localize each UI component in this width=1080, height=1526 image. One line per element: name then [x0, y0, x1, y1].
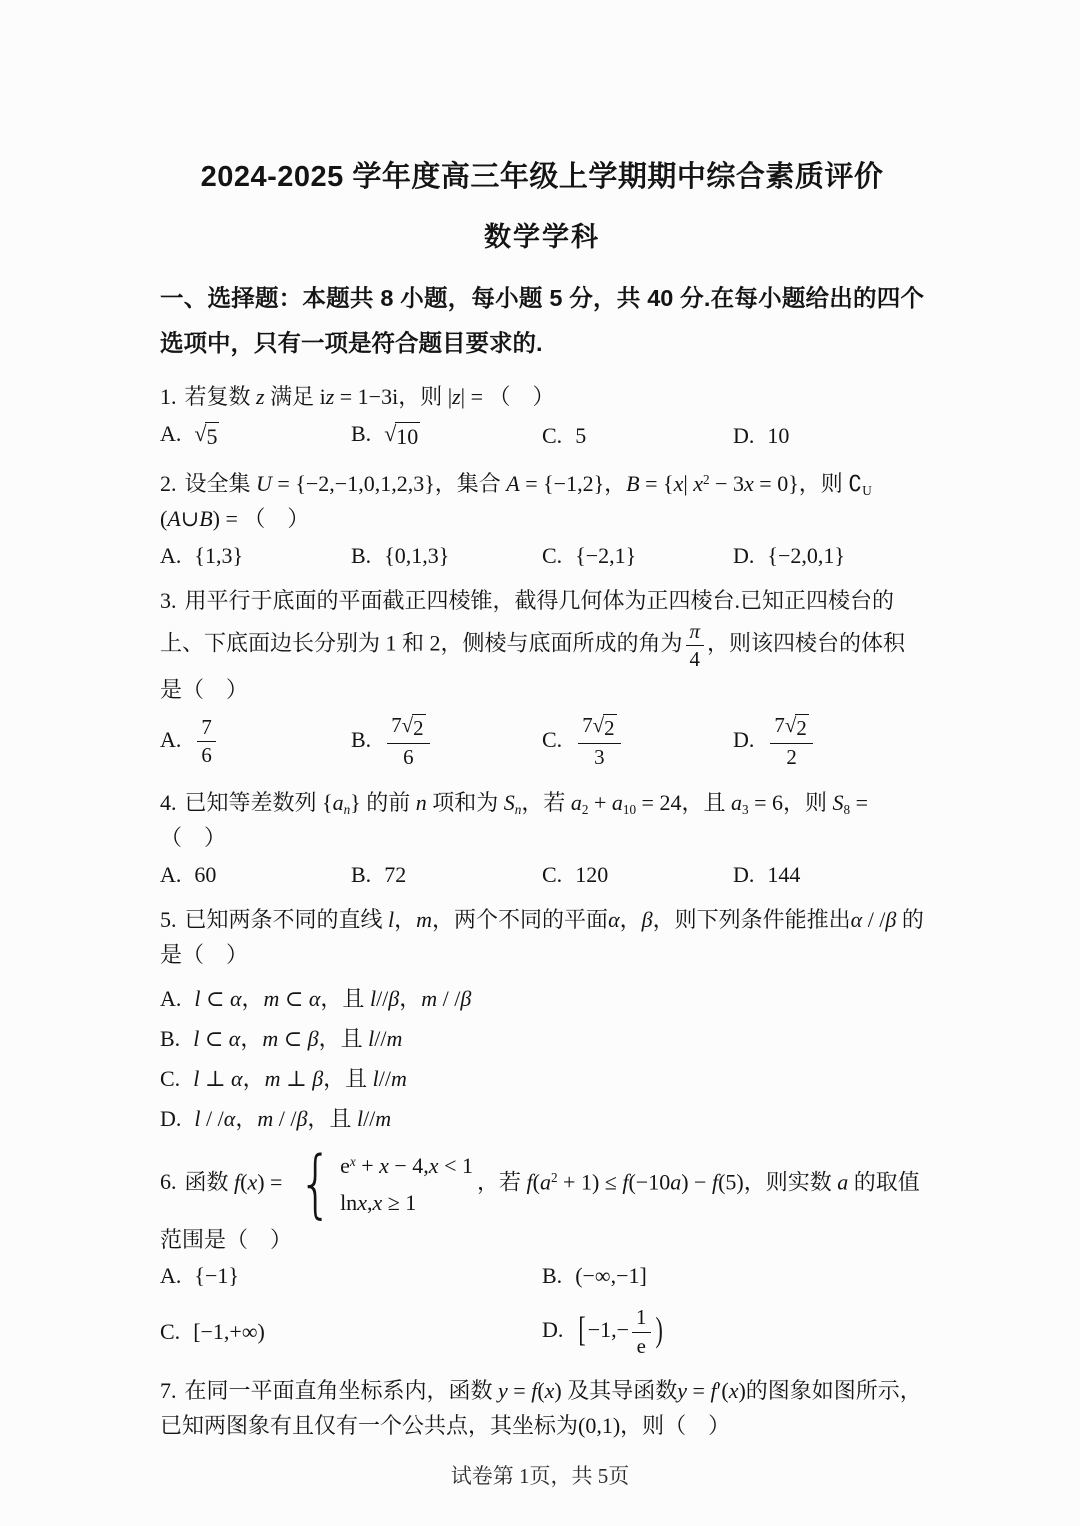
question: 2.设全集 U = {−2,−1,0,1,2,3}，集合 A = {−1,2}，… [160, 466, 924, 569]
questions-container: 1.若复数 z 满足 iz = 1−3i，则 |z| = （ ）A.√5B.√1… [160, 379, 924, 1443]
option-label: C. [542, 543, 562, 568]
options-group: A.√5B.√10C.5D.10 [160, 421, 924, 452]
option-label: D. [733, 543, 754, 568]
question-stem: 3.用平行于底面的平面截正四棱锥，截得几何体为正四棱台.已知正四棱台的上、下底面… [160, 583, 924, 707]
option-value: l / /α，m / /β，且 l//m [194, 1106, 391, 1131]
option-label: A. [160, 1263, 181, 1288]
question-stem: 2.设全集 U = {−2,−1,0,1,2,3}，集合 A = {−1,2}，… [160, 466, 924, 537]
option-a: A.l ⊂ α，m ⊂ α，且 l//β，m / /β [160, 982, 924, 1013]
option-b: B.{0,1,3} [351, 543, 542, 569]
option-value: {0,1,3} [384, 543, 449, 568]
page-footer: 试卷第 1页，共 5页 [0, 1460, 1080, 1490]
option-b: B.7√26 [351, 713, 542, 770]
option-label: B. [351, 543, 371, 568]
option-label: C. [542, 423, 562, 448]
question-stem: 5.已知两条不同的直线 l，m，两个不同的平面α，β，则下列条件能推出α / /… [160, 902, 924, 973]
option-value: [−1,+∞) [193, 1319, 265, 1344]
option-label: B. [160, 1026, 180, 1051]
option-label: A. [160, 862, 181, 887]
options-group: A.{−1}B.(−∞,−1]C.[−1,+∞)D.[−1,−1e) [160, 1263, 924, 1358]
exam-page: 2024-2025 学年度高三年级上学期期中综合素质评价 数学学科 一、选择题：… [0, 0, 1080, 1526]
option-d: D.[−1,−1e) [542, 1305, 924, 1358]
question-stem: 6.函数 f(x) = {ex + x − 4,x < 1lnx,x ≥ 1，若… [160, 1147, 924, 1257]
option-label: D. [733, 423, 754, 448]
option-label: B. [351, 862, 371, 887]
option-c: C.120 [542, 862, 733, 888]
question-number: 6. [160, 1169, 177, 1194]
option-a: A.{1,3} [160, 543, 351, 569]
options-group: A.l ⊂ α，m ⊂ α，且 l//β，m / /βB.l ⊂ α，m ⊂ β… [160, 982, 924, 1133]
option-label: D. [160, 1106, 181, 1131]
options-group: A.60B.72C.120D.144 [160, 862, 924, 888]
option-b: B.√10 [351, 421, 542, 452]
option-value: 76 [194, 727, 218, 752]
option-value: (−∞,−1] [575, 1263, 647, 1288]
option-d: D.l / /α，m / /β，且 l//m [160, 1102, 924, 1133]
question-number: 2. [160, 471, 177, 496]
question-number: 5. [160, 907, 177, 932]
option-value: √10 [384, 421, 420, 446]
question-number: 4. [160, 790, 177, 815]
option-a: A.76 [160, 715, 351, 768]
option-value: 144 [767, 862, 800, 887]
option-d: D.7√22 [733, 713, 924, 770]
question: 1.若复数 z 满足 iz = 1−3i，则 |z| = （ ）A.√5B.√1… [160, 379, 924, 451]
option-c: C.l ⊥ α，m ⊥ β，且 l//m [160, 1062, 924, 1093]
question-number: 3. [160, 588, 177, 613]
question-number: 7. [160, 1378, 177, 1403]
option-label: C. [160, 1319, 180, 1344]
option-d: D.144 [733, 862, 924, 888]
option-value: 120 [575, 862, 608, 887]
options-group: A.{1,3}B.{0,1,3}C.{−2,1}D.{−2,0,1} [160, 543, 924, 569]
option-c: C.{−2,1} [542, 543, 733, 569]
question: 3.用平行于底面的平面截正四棱锥，截得几何体为正四棱台.已知正四棱台的上、下底面… [160, 583, 924, 771]
option-label: D. [733, 727, 754, 752]
option-label: A. [160, 421, 181, 446]
option-value: l ⊂ α，m ⊂ β，且 l//m [193, 1026, 402, 1051]
option-value: [−1,−1e) [576, 1317, 664, 1342]
question-stem: 1.若复数 z 满足 iz = 1−3i，则 |z| = （ ） [160, 379, 924, 415]
section-heading: 一、选择题：本题共 8 小题，每小题 5 分，共 40 分.在每小题给出的四个选… [160, 276, 924, 365]
options-group: A.76B.7√26C.7√23D.7√22 [160, 713, 924, 770]
option-value: 7√23 [575, 727, 623, 752]
option-b: B.(−∞,−1] [542, 1263, 924, 1289]
option-a: A.60 [160, 862, 351, 888]
option-value: {−2,0,1} [767, 543, 845, 568]
option-d: D.{−2,0,1} [733, 543, 924, 569]
question: 4.已知等差数列 {an} 的前 n 项和为 Sn，若 a2 + a10 = 2… [160, 785, 924, 888]
option-label: A. [160, 727, 181, 752]
option-a: A.√5 [160, 421, 351, 452]
option-value: l ⊂ α，m ⊂ α，且 l//β，m / /β [194, 986, 471, 1011]
page-title: 2024-2025 学年度高三年级上学期期中综合素质评价 [160, 158, 924, 197]
exam-content: 2024-2025 学年度高三年级上学期期中综合素质评价 数学学科 一、选择题：… [0, 0, 1080, 1444]
option-value: {−1} [194, 1263, 239, 1288]
question-number: 1. [160, 384, 177, 409]
option-value: 7√22 [767, 727, 815, 752]
option-c: C.[−1,+∞) [160, 1319, 542, 1345]
option-d: D.10 [733, 423, 924, 449]
question: 6.函数 f(x) = {ex + x − 4,x < 1lnx,x ≥ 1，若… [160, 1147, 924, 1359]
option-label: D. [542, 1317, 563, 1342]
option-b: B.72 [351, 862, 542, 888]
question: 5.已知两条不同的直线 l，m，两个不同的平面α，β，则下列条件能推出α / /… [160, 902, 924, 1133]
option-value: 72 [384, 862, 406, 887]
option-value: {1,3} [194, 543, 243, 568]
question: 7.在同一平面直角坐标系内，函数 y = f(x) 及其导函数y = f′(x)… [160, 1373, 924, 1444]
option-label: B. [351, 421, 371, 446]
option-value: 60 [194, 862, 216, 887]
option-label: C. [542, 727, 562, 752]
option-label: C. [160, 1066, 180, 1091]
option-label: C. [542, 862, 562, 887]
option-value: 5 [575, 423, 586, 448]
subject-subtitle: 数学学科 [160, 215, 924, 254]
option-label: A. [160, 986, 181, 1011]
option-c: C.5 [542, 423, 733, 449]
option-label: A. [160, 543, 181, 568]
option-label: D. [733, 862, 754, 887]
option-value: 10 [767, 423, 789, 448]
option-value: 7√26 [384, 727, 432, 752]
question-stem: 4.已知等差数列 {an} 的前 n 项和为 Sn，若 a2 + a10 = 2… [160, 785, 924, 856]
option-value: l ⊥ α，m ⊥ β，且 l//m [193, 1066, 407, 1091]
option-c: C.7√23 [542, 713, 733, 770]
question-stem: 7.在同一平面直角坐标系内，函数 y = f(x) 及其导函数y = f′(x)… [160, 1373, 924, 1444]
option-b: B.l ⊂ α，m ⊂ β，且 l//m [160, 1022, 924, 1053]
option-value: {−2,1} [575, 543, 636, 568]
option-value: √5 [194, 421, 219, 446]
option-a: A.{−1} [160, 1263, 542, 1289]
option-label: B. [351, 727, 371, 752]
option-label: B. [542, 1263, 562, 1288]
